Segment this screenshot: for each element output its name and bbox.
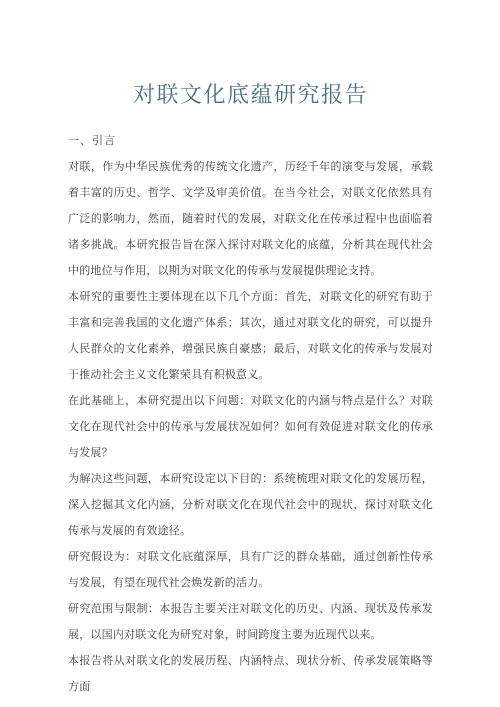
paragraph: 为解决这些问题，本研究设定以下目的：系统梳理对联文化的发展历程，深入挖掘其文化内… <box>68 466 433 544</box>
paragraph: 研究范围与限制：本报告主要关注对联文化的历史、内涵、现状及传承发展，以国内对联文… <box>68 596 433 648</box>
paragraph: 研究假设为：对联文化底蕴深厚，具有广泛的群众基础，通过创新性传承与发展，有望在现… <box>68 544 433 596</box>
paragraph: 对联，作为中华民族优秀的传统文化遗产，历经千年的演变与发展，承载着丰富的历史、哲… <box>68 154 433 284</box>
document-page: 对联文化底蕴研究报告 一、引言 对联，作为中华民族优秀的传统文化遗产，历经千年的… <box>0 0 500 707</box>
document-title: 对联文化底蕴研究报告 <box>68 80 433 110</box>
paragraph: 在此基础上，本研究提出以下问题：对联文化的内涵与特点是什么？对联文化在现代社会中… <box>68 388 433 466</box>
paragraph: 本报告将从对联文化的发展历程、内涵特点、现状分析、传承发展策略等方面 <box>68 648 433 700</box>
document-body: 对联，作为中华民族优秀的传统文化遗产，历经千年的演变与发展，承载着丰富的历史、哲… <box>68 154 433 700</box>
paragraph: 本研究的重要性主要体现在以下几个方面：首先，对联文化的研究有助于丰富和完善我国的… <box>68 284 433 388</box>
section-heading: 一、引言 <box>68 128 433 154</box>
